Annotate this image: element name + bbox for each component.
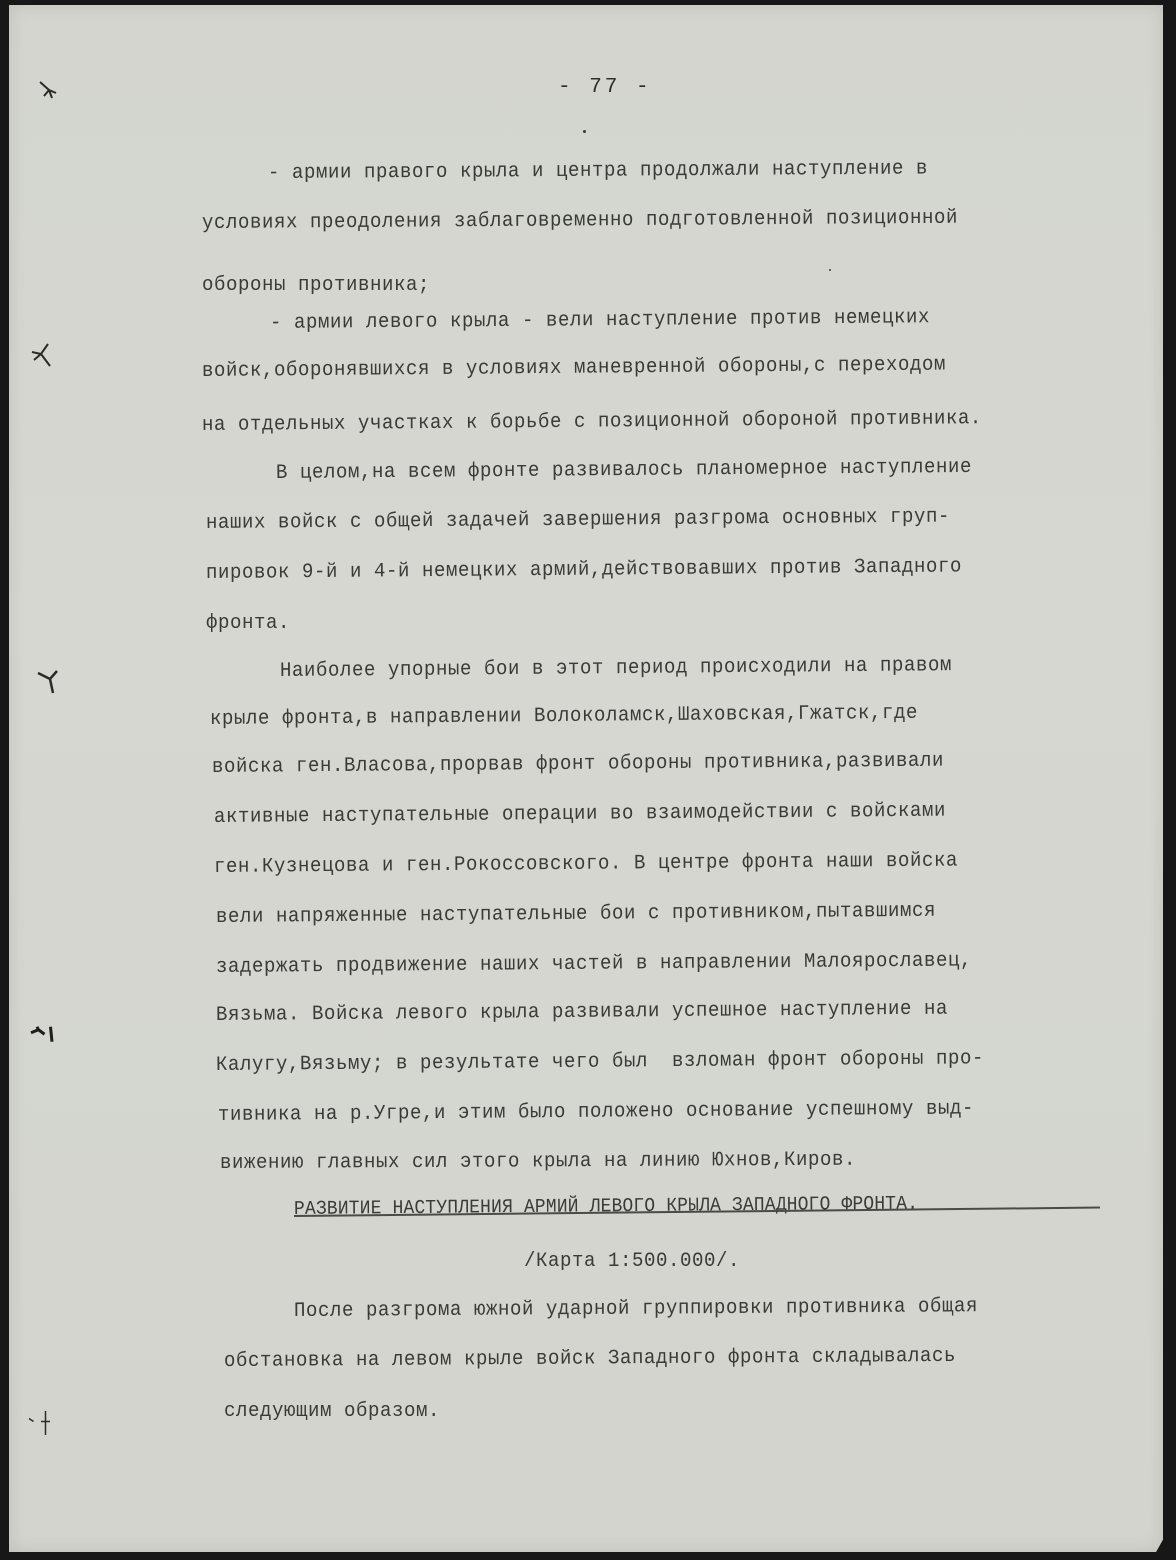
text-line: фронта.: [206, 612, 290, 635]
scan-frame: [0, 0, 1176, 1560]
text-line: следующим образом.: [224, 1400, 440, 1423]
text-line: - армии правого крыла и центра продолжал…: [268, 157, 928, 185]
map-reference: /Карта 1:500.000/.: [524, 1250, 740, 1273]
binding-hole-mark: [28, 1020, 58, 1050]
binding-hole-mark: [36, 80, 66, 110]
binding-hole-mark: [26, 1408, 56, 1438]
ink-speck: [829, 269, 831, 271]
ink-speck: [583, 130, 586, 133]
binding-hole-mark: [28, 340, 58, 370]
text-line: обороны противника;: [202, 274, 430, 297]
text-line: После разгрома южной ударной группировки…: [294, 1295, 978, 1323]
page-number: - 77 -: [558, 76, 652, 99]
text-line: вижению главных сил этого крыла на линию…: [220, 1149, 856, 1175]
binding-hole-mark: [35, 668, 65, 698]
